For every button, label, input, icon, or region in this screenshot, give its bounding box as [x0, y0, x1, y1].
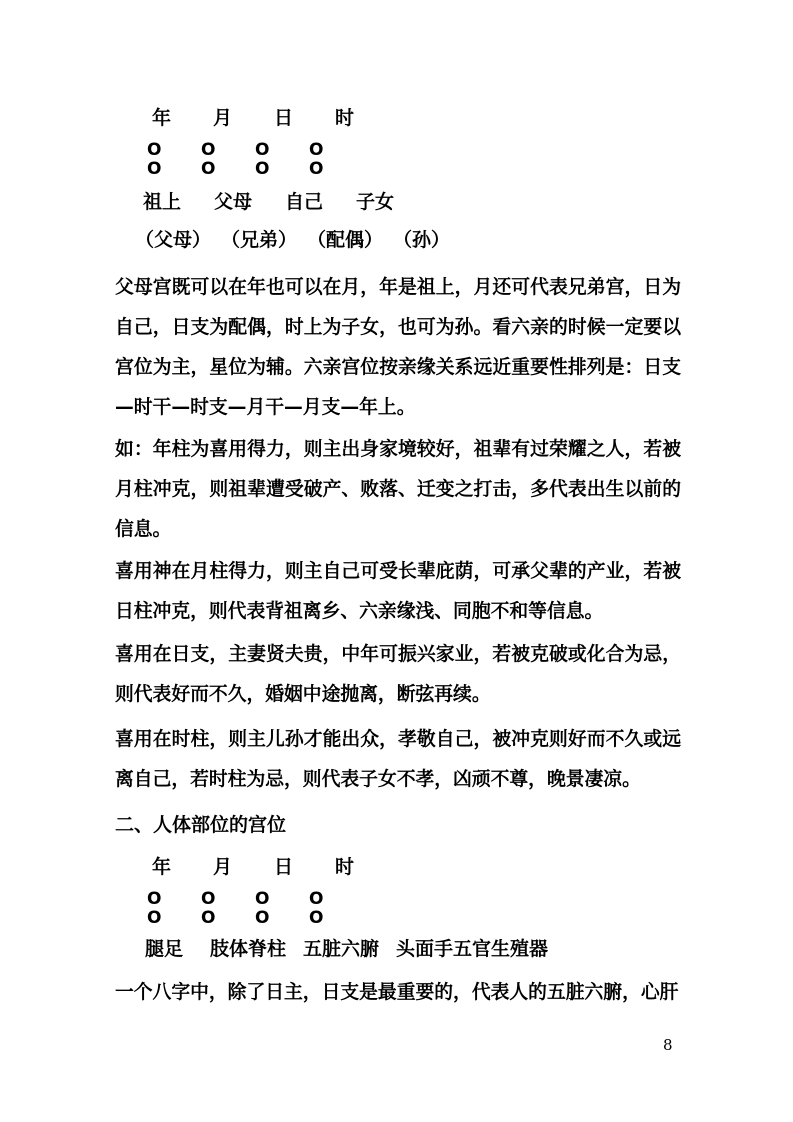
relation-self-label: 自己: [285, 189, 356, 215]
circle-glyph: O: [309, 890, 363, 909]
stem-circle-row-1: O O O O: [147, 141, 681, 160]
circle-glyph: O: [201, 909, 255, 928]
circle-glyph: O: [255, 909, 309, 928]
paragraph: 喜用在时柱，则主儿孙才能出众，孝敬自己，被冲克则好而不久或远离自己，若时柱为忌，…: [115, 720, 681, 800]
relations-paren-labels-row: （父母） （兄弟） （配偶） （孙）: [135, 227, 681, 253]
pillar-hour-label: 时: [335, 105, 396, 131]
branch-circle-row-1: O O O O: [147, 160, 681, 179]
relations-labels-row: 祖上 父母 自己 子女: [143, 189, 681, 215]
paragraph: 父母宫既可以在年也可以在月，年是祖上，月还可代表兄弟宫，日为自己，日支为配偶，时…: [115, 268, 681, 428]
paren-parents-label: （父母）: [135, 227, 211, 253]
body-parts-labels-row: 腿足 肢体脊柱 五脏六腑 头面手五官生殖器: [145, 936, 681, 962]
circle-glyph: O: [201, 160, 255, 179]
pillar-month-label: 月: [213, 854, 274, 880]
paragraph: 喜用在日支，主妻贤夫贵，中年可振兴家业，若被克破或化合为忌，则代表好而不久，婚姻…: [115, 635, 681, 715]
circle-glyph: O: [255, 890, 309, 909]
circle-glyph: O: [309, 909, 363, 928]
pillar-year-label: 年: [152, 105, 213, 131]
circle-glyph: O: [147, 141, 201, 160]
body-legs-feet-label: 腿足: [145, 936, 183, 962]
relation-parents-label: 父母: [214, 189, 285, 215]
pillar-month-label: 月: [213, 105, 274, 131]
circle-glyph: O: [201, 141, 255, 160]
paragraph: 喜用神在月柱得力，则主自己可受长辈庇荫，可承父辈的产业，若被日柱冲克，则代表背祖…: [115, 552, 681, 632]
body-head-face-label: 头面手五官生殖器: [396, 936, 548, 962]
stem-circle-row-2: O O O O: [147, 890, 681, 909]
circle-glyph: O: [255, 160, 309, 179]
paren-grandchild-label: （孙）: [393, 227, 450, 253]
relation-ancestors-label: 祖上: [143, 189, 214, 215]
circle-glyph: O: [201, 890, 255, 909]
circle-glyph: O: [147, 160, 201, 179]
circle-glyph: O: [147, 909, 201, 928]
circle-glyph: O: [309, 160, 363, 179]
page-number: 8: [663, 1036, 673, 1054]
document-page: 年 月 日 时 O O O O O O O O 祖上 父母 自己 子女 （父母）…: [0, 0, 793, 1122]
pillar-hour-label: 时: [335, 854, 396, 880]
paragraph: 一个八字中，除了日主，日支是最重要的，代表人的五脏六腑，心肝: [115, 973, 681, 1013]
relation-children-label: 子女: [356, 189, 427, 215]
paragraph: 如：年柱为喜用得力，则主出身家境较好，祖辈有过荣耀之人，若被月柱冲克，则祖辈遭受…: [115, 430, 681, 550]
pillar-day-label: 日: [274, 105, 335, 131]
section-heading: 二、人体部位的宫位: [115, 805, 681, 845]
paren-siblings-label: （兄弟）: [221, 227, 297, 253]
pillars-header-row-1: 年 月 日 时: [152, 105, 681, 131]
page-content: 年 月 日 时 O O O O O O O O 祖上 父母 自己 子女 （父母）…: [115, 0, 681, 1013]
body-limbs-spine-label: 肢体脊柱: [210, 936, 286, 962]
paren-spouse-label: （配偶）: [307, 227, 383, 253]
pillar-day-label: 日: [274, 854, 335, 880]
branch-circle-row-2: O O O O: [147, 909, 681, 928]
pillars-header-row-2: 年 月 日 时: [152, 854, 681, 880]
circle-glyph: O: [255, 141, 309, 160]
circle-glyph: O: [147, 890, 201, 909]
pillar-year-label: 年: [152, 854, 213, 880]
circle-glyph: O: [309, 141, 363, 160]
body-organs-label: 五脏六腑: [303, 936, 379, 962]
